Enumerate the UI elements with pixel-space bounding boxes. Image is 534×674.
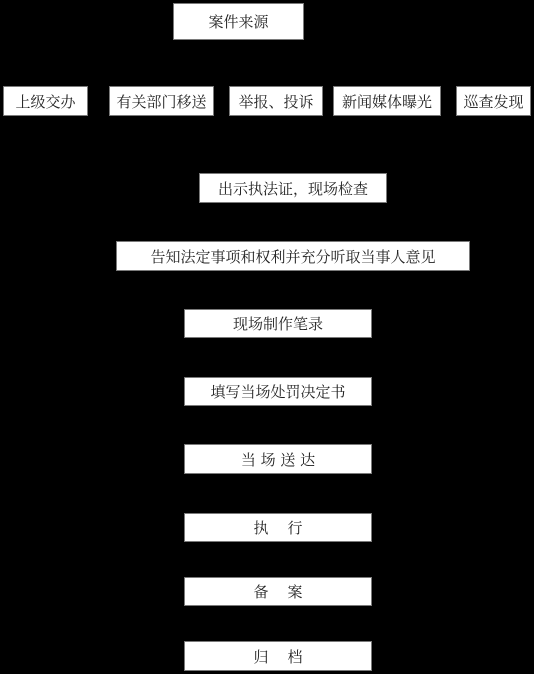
source-superior-assigned: 上级交办 <box>3 86 88 116</box>
source-media-exposure: 新闻媒体曝光 <box>333 86 441 116</box>
case-source-box: 案件来源 <box>173 3 304 40</box>
step-make-record: 现场制作笔录 <box>184 309 372 338</box>
source-department-transfer: 有关部门移送 <box>109 86 214 116</box>
source-report-complaint: 举报、投诉 <box>229 86 323 116</box>
source-inspection-found: 巡查发现 <box>456 86 531 116</box>
step-deliver: 当 场 送 达 <box>184 444 372 474</box>
step-inform-rights: 告知法定事项和权利并充分听取当事人意见 <box>116 241 470 271</box>
step-archive: 归 档 <box>184 641 372 671</box>
step-fill-decision: 填写当场处罚决定书 <box>184 377 372 406</box>
step-execute: 执 行 <box>184 513 372 542</box>
step-show-license-inspect: 出示执法证，现场检查 <box>199 173 387 203</box>
step-file-record: 备 案 <box>184 577 372 606</box>
